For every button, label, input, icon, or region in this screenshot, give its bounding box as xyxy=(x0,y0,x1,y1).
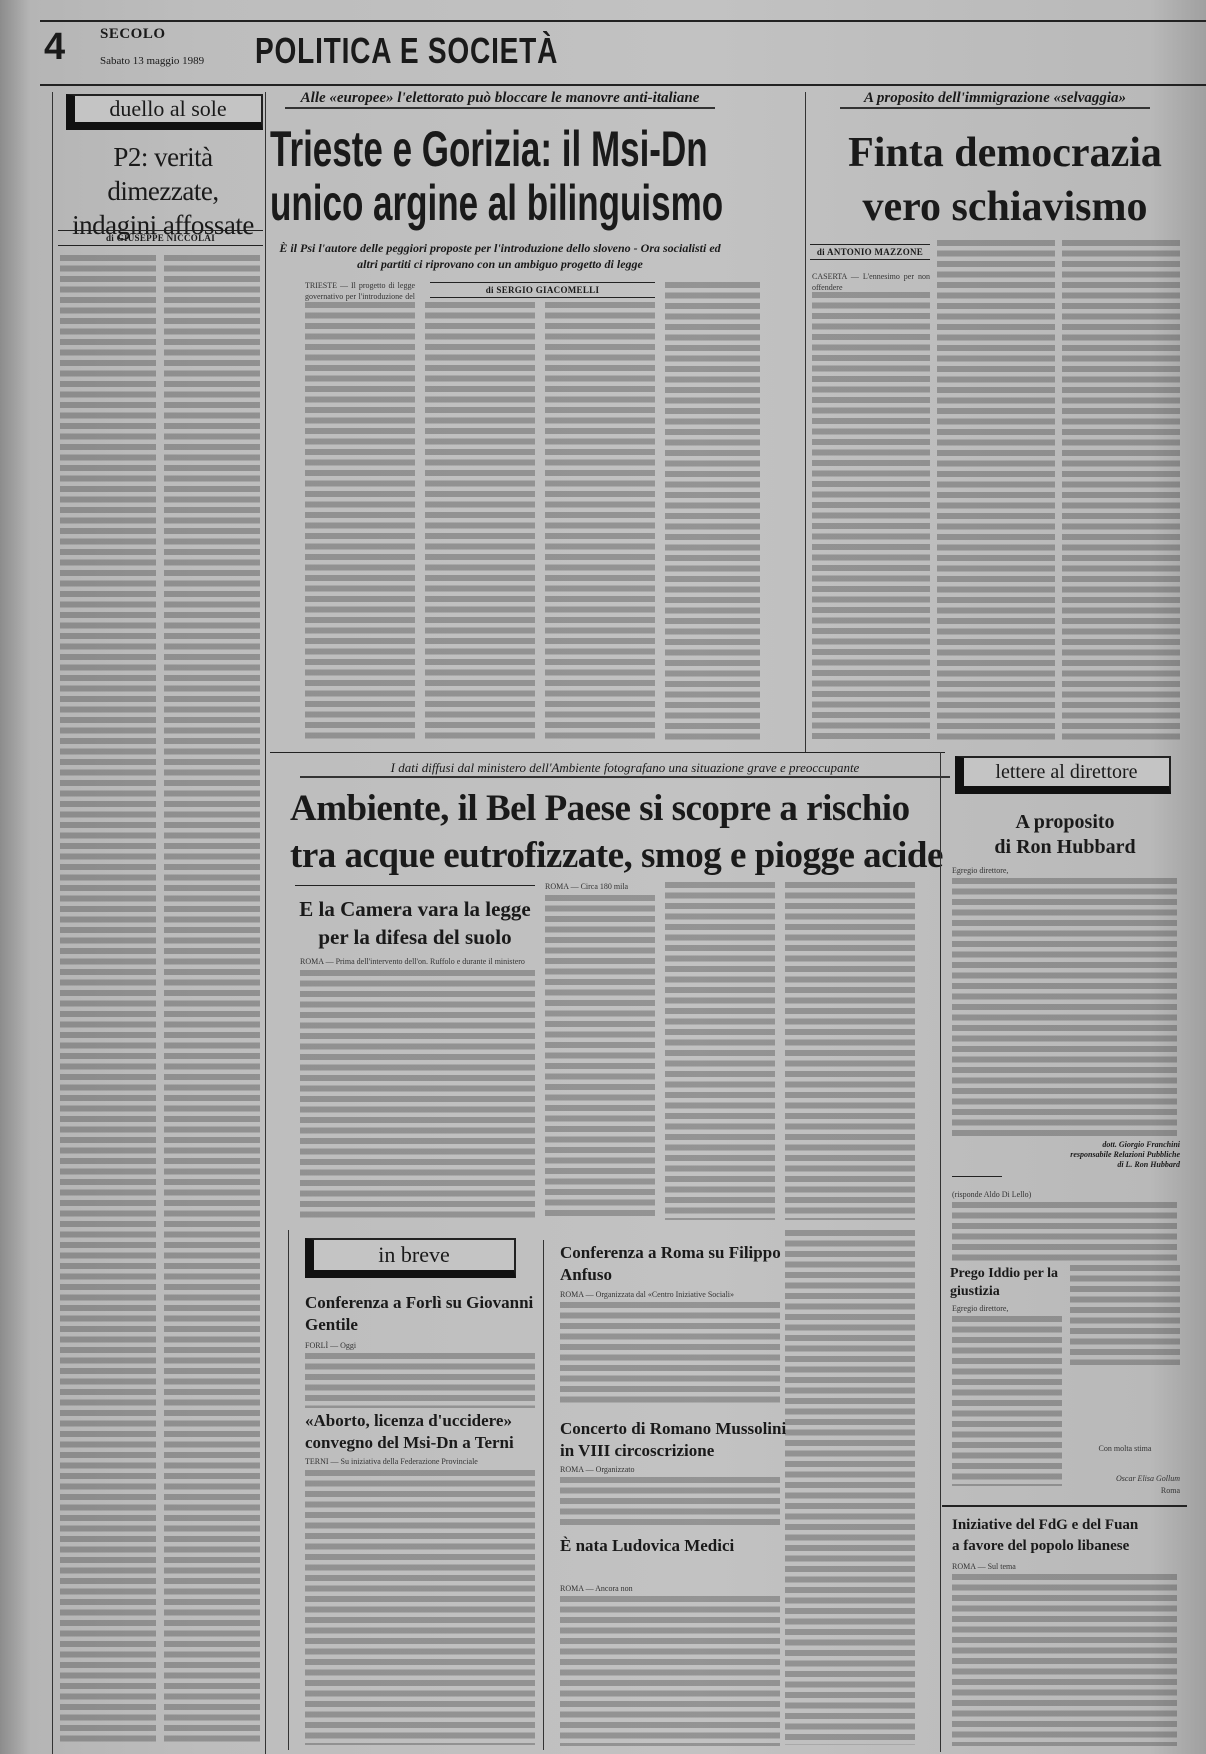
soil-dateline: ROMA — Prima dell'intervento dell'on. Ru… xyxy=(300,957,535,969)
second-letter-col1 xyxy=(952,1316,1062,1486)
breve-headline-3: Conferenza a Roma su Filippo Anfuso xyxy=(560,1242,790,1286)
trieste-byline: di SERGIO GIACOMELLI xyxy=(430,282,655,298)
column-rule xyxy=(543,1240,544,1750)
immigration-col2 xyxy=(937,240,1055,742)
environment-headline-line2: tra acque eutrofizzate, smog e piogge ac… xyxy=(290,832,960,879)
left-article-col1 xyxy=(60,255,156,1745)
letters-headline-line2: di Ron Hubbard xyxy=(950,835,1180,860)
left-byline: di GIUSEPPE NICCOLAI xyxy=(58,230,263,246)
column-rule xyxy=(805,92,806,752)
left-article-col2 xyxy=(164,255,260,1745)
paper-name: SECOLO xyxy=(100,26,166,43)
environment-col1 xyxy=(545,895,655,1220)
environment-col3-cont xyxy=(785,1230,915,1745)
trieste-headline-line1: Trieste e Gorizia: il Msi-Dn xyxy=(270,122,592,176)
rubric-label: lettere al direttore xyxy=(995,761,1137,783)
fdg-body xyxy=(952,1574,1177,1746)
masthead-rule xyxy=(40,84,1206,86)
trieste-dateline: TRIESTE — Il progetto di legge governati… xyxy=(305,281,415,301)
soil-headline-line2: per la difesa del suolo xyxy=(295,923,535,951)
section-title: POLITICA E SOCIETÀ xyxy=(255,30,558,72)
environment-headline: Ambiente, il Bel Paese si scopre a risch… xyxy=(290,785,960,879)
soil-headline-line1: E la Camera vara la legge xyxy=(295,895,535,923)
rubric-in-breve: in breve xyxy=(305,1238,516,1278)
environment-dateline: ROMA — Circa 180 mila xyxy=(545,882,655,894)
left-headline-line1: P2: verità dimezzate, xyxy=(58,140,268,208)
breve-body-1 xyxy=(305,1353,535,1408)
trieste-headline: Trieste e Gorizia: il Msi-Dn unico argin… xyxy=(270,122,730,232)
immigration-headline-line2: vero schiavismo xyxy=(815,180,1195,234)
immigration-byline: di ANTONIO MAZZONE xyxy=(810,244,930,260)
column-rule xyxy=(265,92,266,1754)
environment-col2 xyxy=(665,882,775,1220)
letters-headline-line1: A proposito xyxy=(950,810,1180,835)
column-rule xyxy=(940,752,941,1752)
left-headline: P2: verità dimezzate, indagini affossate xyxy=(58,140,268,242)
immigration-col1 xyxy=(812,292,930,742)
second-letter-col2 xyxy=(1070,1265,1180,1365)
rubric-lettere-al-direttore: lettere al direttore xyxy=(955,756,1171,794)
divider xyxy=(952,1176,1002,1177)
breve-headline-2: «Aborto, licenza d'uccidere» convegno de… xyxy=(305,1410,535,1454)
breve-dateline-4: ROMA — Organizzato xyxy=(560,1465,780,1477)
soil-headline: E la Camera vara la legge per la difesa … xyxy=(295,895,535,951)
fdg-headline-line1: Iniziative del FdG e del Fuan xyxy=(952,1515,1182,1536)
letters-body xyxy=(952,878,1177,1140)
breve-headline-1: Conferenza a Forlì su Giovanni Gentile xyxy=(305,1292,535,1336)
immigration-col3 xyxy=(1062,240,1180,742)
immigration-headline: Finta democrazia vero schiavismo xyxy=(815,126,1195,234)
rubric-label: in breve xyxy=(378,1242,449,1267)
section-rule xyxy=(270,752,945,753)
letters-reply-author: (risponde Aldo Di Lello) xyxy=(952,1190,1177,1202)
newspaper-page: 4 SECOLO Sabato 13 maggio 1989 POLITICA … xyxy=(0,0,1206,1754)
column-rule xyxy=(288,1230,289,1750)
trieste-kicker: Alle «europee» l'elettorato può bloccare… xyxy=(285,90,715,109)
rubric-label: duello al sole xyxy=(109,96,226,121)
trieste-subhead: È il Psi l'autore delle peggiori propost… xyxy=(275,240,725,272)
second-letter-closing: Con molta stima xyxy=(1070,1444,1180,1455)
letters-signature: dott. Giorgio Franchini responsabile Rel… xyxy=(990,1140,1180,1170)
second-letter-signature: Oscar Elisa Gollum xyxy=(1070,1474,1180,1485)
trieste-col3 xyxy=(545,302,655,742)
environment-kicker: I dati diffusi dal ministero dell'Ambien… xyxy=(300,760,950,778)
breve-body-2 xyxy=(305,1470,535,1745)
environment-headline-line1: Ambiente, il Bel Paese si scopre a risch… xyxy=(290,785,960,832)
signature-role: responsabile Relazioni Pubbliche xyxy=(990,1150,1180,1160)
column-rule xyxy=(52,92,53,1754)
section-rule xyxy=(295,885,535,886)
immigration-headline-line1: Finta democrazia xyxy=(815,126,1195,180)
breve-dateline-5: ROMA — Ancora non xyxy=(560,1584,780,1596)
fdg-headline: Iniziative del FdG e del Fuan a favore d… xyxy=(952,1515,1182,1557)
breve-dateline-2: TERNI — Su iniziativa della Federazione … xyxy=(305,1457,535,1469)
second-letter-city: Roma xyxy=(1070,1486,1180,1497)
breve-body-5 xyxy=(560,1596,780,1746)
breve-dateline-3: ROMA — Organizzata dal «Centro Iniziativ… xyxy=(560,1290,780,1302)
signature-name: dott. Giorgio Franchini xyxy=(990,1140,1180,1150)
page-number: 4 xyxy=(44,26,65,69)
trieste-col1 xyxy=(305,302,415,742)
second-letter-salutation: Egregio direttore, xyxy=(952,1304,1062,1316)
signature-org: di L. Ron Hubbard xyxy=(990,1160,1180,1170)
immigration-dateline: CASERTA — L'ennesimo per non offendere xyxy=(812,272,930,292)
section-rule xyxy=(942,1505,1187,1507)
top-rule xyxy=(40,20,1206,22)
breve-dateline-1: FORLÌ — Oggi xyxy=(305,1341,535,1353)
fdg-dateline: ROMA — Sul tema xyxy=(952,1562,1177,1574)
breve-headline-5: È nata Ludovica Medici xyxy=(560,1535,760,1557)
trieste-col2 xyxy=(425,302,535,742)
second-letter-headline: Prego Iddio per la giustizia xyxy=(950,1265,1060,1301)
environment-col3 xyxy=(785,882,915,1220)
breve-body-4 xyxy=(560,1477,780,1527)
letters-reply-body xyxy=(952,1202,1177,1262)
immigration-kicker: A proposito dell'immigrazione «selvaggia… xyxy=(840,90,1150,109)
trieste-headline-line2: unico argine al bilinguismo xyxy=(270,176,592,230)
fdg-headline-line2: a favore del popolo libanese xyxy=(952,1536,1182,1557)
trieste-col4 xyxy=(665,282,760,742)
soil-body xyxy=(300,970,535,1220)
letters-salutation: Egregio direttore, xyxy=(952,866,1177,878)
issue-date: Sabato 13 maggio 1989 xyxy=(100,55,204,67)
breve-body-3 xyxy=(560,1302,780,1407)
letters-headline: A proposito di Ron Hubbard xyxy=(950,810,1180,860)
breve-headline-4: Concerto di Romano Mussolini in VIII cir… xyxy=(560,1418,790,1462)
rubric-duello-al-sole: duello al sole xyxy=(66,94,263,130)
